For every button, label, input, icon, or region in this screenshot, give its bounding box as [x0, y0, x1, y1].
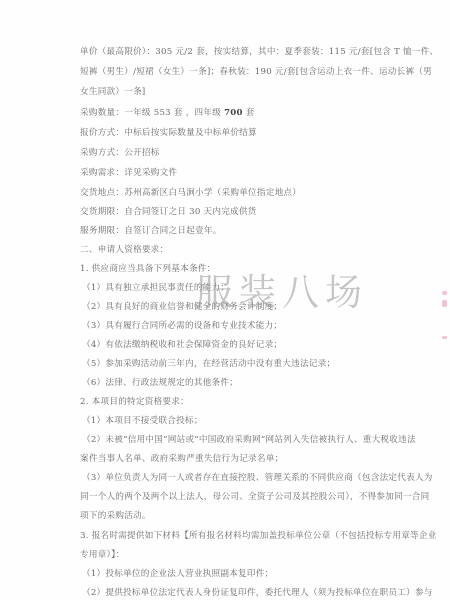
delivery-deadline-line: 交货期限：自合同签订之日 30 天内完成供货	[80, 207, 410, 218]
seal-mark-bottom	[442, 336, 447, 339]
registration-materials-cont: 专用章）】：	[80, 550, 410, 561]
service-period-line: 服务期限：自签订合同之日起壹年。	[80, 226, 410, 237]
condition-item-3: （3）具有履行合同所必需的设备和专业技术能力；	[82, 321, 412, 332]
section-heading-qualifications: 二、申请人资格要求：	[80, 245, 410, 256]
procurement-needs-line: 采购需求：详见采购文件	[80, 168, 410, 179]
price-line-2: 短裤（男生）/短裙（女生）一条]；春秋装：190 元/套[包含运动上衣一件、运动…	[80, 67, 410, 78]
specific-requirements-heading: 2. 本项目的特定资格要求：	[80, 397, 410, 408]
quantity-prefix: 采购数量：一年级 553 套 ，四年级	[80, 108, 224, 118]
seal-mark-top	[442, 291, 447, 295]
specific-item-3: （3）单位负责人为同一人或者存在直接控股、管理关系的不同供应商（包含法定代表人为	[82, 473, 412, 484]
quote-method-line: 报价方式：中标后按实际数量及中标单价结算	[80, 128, 410, 139]
specific-item-2-cont: 案件当事人名单、政府采购严重失信行为记录名单；	[80, 454, 410, 465]
scanned-document-page: 单价（最高限价）：305 元/2 套，按实结算，其中：夏季套装：115 元/套[…	[0, 0, 450, 600]
condition-item-6: （6）法律、行政法规规定的其他条件；	[82, 378, 412, 389]
condition-item-4: （4）有依法缴纳税收和社会保障资金的良好记录；	[82, 340, 412, 351]
specific-item-2: （2）未被“信用中国”网站或“中国政府采购网”网站列入失信被执行人、重大税收违法	[82, 435, 412, 446]
specific-item-1: （1）本项目不接受联合投标；	[82, 416, 412, 427]
registration-materials-heading: 3. 报名时需提供如下材料【所有报名材料均需加盖投标单位公章（不包括投标专用章等…	[80, 531, 410, 542]
quantity-suffix: 套	[243, 108, 255, 118]
quantity-line: 采购数量：一年级 553 套 ，四年级 700 套	[80, 108, 410, 119]
price-line-3: 女生同款）一条]	[80, 87, 410, 98]
delivery-location-line: 交货地点：苏州高新区白马涧小学（采购单位指定地点）	[80, 188, 410, 199]
procurement-method-line: 采购方式：公开招标	[80, 148, 410, 159]
price-line-1: 单价（最高限价）：305 元/2 套，按实结算，其中：夏季套装：115 元/套[…	[80, 47, 410, 58]
material-item-2: （2）提供投标单位法定代表人身份证复印件，委托代理人（须为投标单位在职员工）参与	[82, 588, 412, 599]
material-item-1: （1）投标单位的企业法人营业执照副本复印件；	[82, 569, 412, 580]
quantity-bold-value: 700	[224, 108, 243, 118]
condition-item-5: （5）参加采购活动前三年内，在经营活动中没有重大违法记录；	[82, 359, 412, 370]
watermark-text: 服装八场	[196, 262, 368, 316]
specific-item-3-cont: 同一个人的两个及两个以上法人，母公司、全资子公司及其控股公司），不得参加同一合同	[80, 492, 410, 503]
specific-item-3-end: 项下的采购活动。	[80, 511, 410, 522]
seal-mark-middle	[442, 300, 447, 307]
